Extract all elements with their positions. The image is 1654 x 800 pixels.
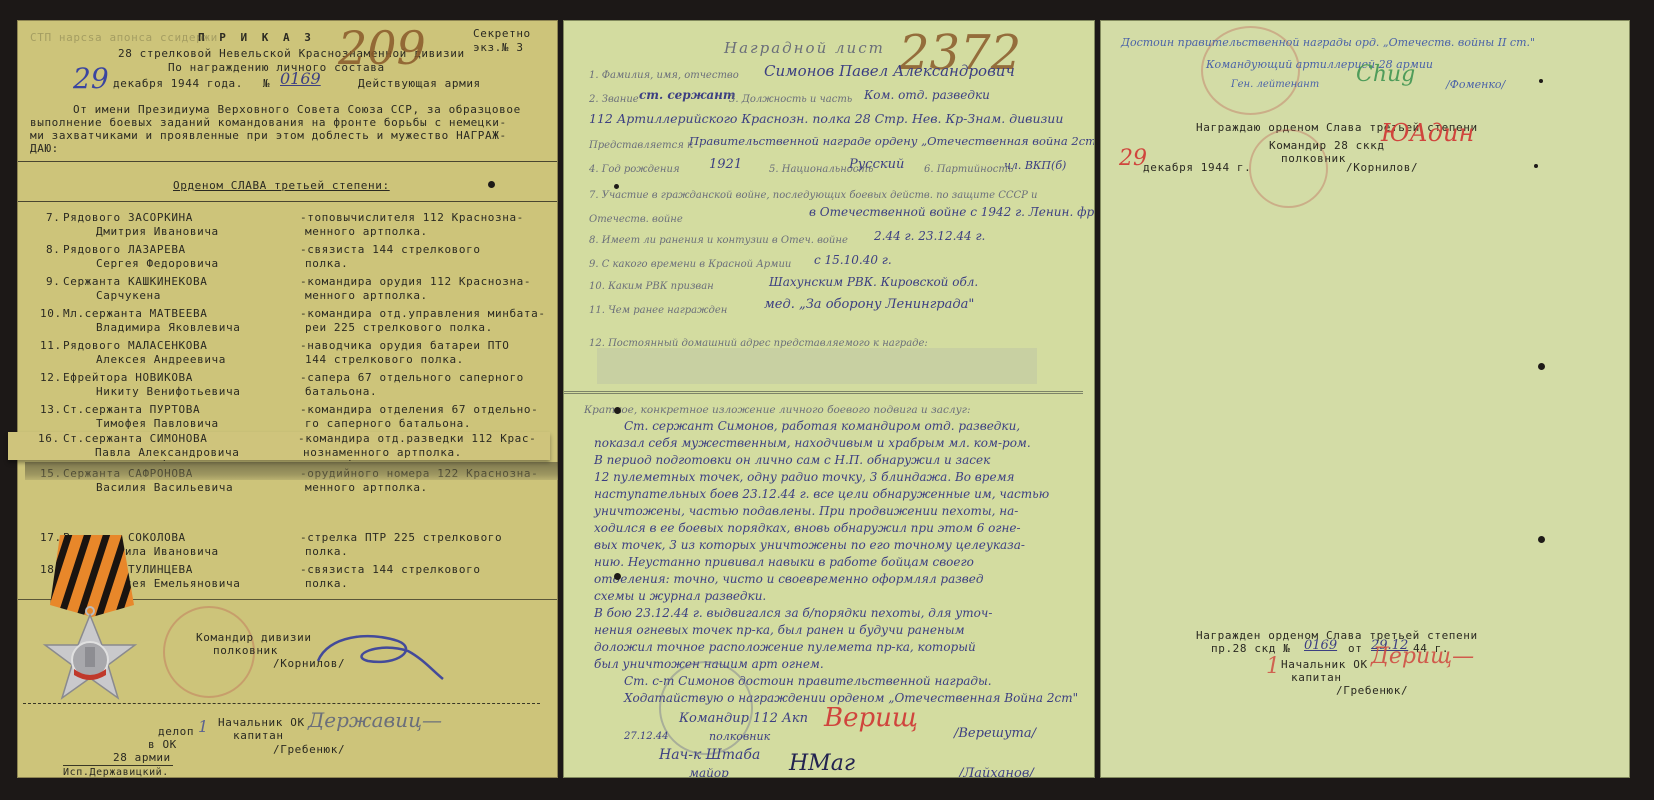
commander-title: Командир дивизии: [196, 631, 312, 645]
order-date: декабря 1944 года.: [113, 77, 243, 91]
field-label: 4. Год рождения: [589, 162, 680, 177]
field-value-party: чл. ВКП(б): [1004, 158, 1066, 173]
award-heading: Орденом СЛАВА третьей степени:: [173, 179, 390, 193]
red-signature: Дерищ—: [1371, 649, 1474, 664]
left-fragment: делоп: [158, 725, 194, 739]
green-signature: Сhug: [1356, 67, 1415, 82]
field-label: Представляется к: [589, 138, 693, 153]
chief-name: /Лайханов/: [959, 766, 1034, 778]
commander-title: Командир 28 сккд: [1269, 139, 1385, 153]
red-signature: Верищ: [824, 711, 918, 726]
feat-heading: Краткое, конкретное изложение личного бо…: [584, 403, 971, 418]
oc-chief-rank: капитан: [1291, 671, 1342, 685]
field-value-nationality: Русский: [849, 157, 904, 172]
chief-rank: майор: [689, 766, 729, 778]
sheet-date: 27.12.44: [624, 729, 669, 744]
punch-hole: [1538, 536, 1545, 543]
field-label: 10. Каким РВК призван: [589, 279, 714, 294]
punch-hole: [1538, 363, 1545, 370]
army-label: Действующая армия: [358, 77, 481, 91]
resolution-name: /Фоменко/: [1446, 77, 1505, 92]
commander-name: /Верешута/: [954, 726, 1036, 741]
pencil-number: 2372: [899, 46, 1021, 61]
left-fragment: в ОК: [148, 738, 177, 752]
field-label: 9. С какого времени в Красной Армии: [589, 257, 791, 272]
shadow-band: [25, 462, 558, 480]
field-value-birth-year: 1921: [709, 157, 742, 172]
order-ref-from: от: [1348, 642, 1362, 656]
award-sheet-document: Наградной лист 2372 1. Фамилия, имя, отч…: [563, 20, 1095, 778]
resolution-document: Достоин правительственной награды орд. „…: [1100, 20, 1630, 778]
field-label: 2. Звание: [589, 92, 639, 107]
field-value-position: Ком. отд. разведки: [864, 88, 990, 103]
oc-chief-rank: капитан: [233, 729, 284, 743]
ink-dot: [1534, 164, 1538, 168]
preamble-line: ДАЮ:: [30, 142, 59, 156]
field-label: 8. Имеет ли ранения и контузии в Отеч. в…: [589, 233, 848, 248]
ink-dot: [614, 184, 619, 189]
oc-chief-title: Начальник ОК: [1281, 658, 1368, 672]
bleed-through-text: СТП нарсsa апонса ссидержи: [30, 31, 218, 45]
preamble-line: ми захватчиками и проявленные при этом д…: [30, 129, 507, 143]
field-label: 3. Должность и часть: [729, 92, 852, 107]
commander-rank: полковник: [709, 729, 770, 744]
commander-signature: [308, 631, 448, 691]
chief-signature: НМаг: [789, 756, 855, 771]
pencil-number: 209: [338, 41, 426, 56]
handwritten-mark: 1: [198, 719, 208, 734]
commander-name: /Корнилов/: [1346, 161, 1418, 175]
resolution-handwritten: Достоин правительственной награды орд. „…: [1121, 35, 1535, 50]
field-value-unit: 112 Артиллерийского Краснозн. полка 28 С…: [589, 111, 1063, 126]
resolution-date: декабря 1944 г.: [1143, 161, 1251, 175]
redacted-address: [597, 348, 1037, 384]
highlighted-recipient-strip: 16. Ст.сержанта СИМОНОВА Павла Александр…: [8, 432, 550, 460]
sheet-title: Наградной лист: [724, 41, 885, 56]
order-ref-number: 0169: [1304, 638, 1337, 653]
oc-chief-name: /Гребенюк/: [273, 743, 345, 757]
field-value-wounds: 2.44 г. 23.12.44 г.: [874, 229, 985, 244]
red-signature: ЮАдин: [1381, 126, 1474, 141]
field-label: 6. Партийность: [924, 162, 1013, 177]
punch-hole: [614, 573, 621, 580]
chief-title: Нач-к Штаба: [659, 748, 760, 763]
commander-rank: полковник: [213, 644, 278, 658]
copy-number: экз.№ 3: [473, 41, 524, 55]
order-of-glory-medal: [40, 605, 140, 705]
field-value-prior-awards: мед. „За оборону Ленинграда": [764, 297, 974, 312]
handwritten-mark: 1: [1266, 659, 1280, 674]
field-label: 11. Чем ранее награжден: [589, 303, 727, 318]
fold-line: [18, 201, 557, 202]
section-divider: [564, 391, 1083, 394]
field-value-award: Правительственной награде ордену „Отечес…: [689, 134, 1095, 149]
preamble-line: выполнение боевых заданий командования н…: [30, 116, 507, 130]
field-value-service: в Отечественной войне с 1942 г. Ленин. ф…: [809, 205, 1095, 220]
number-label: №: [263, 77, 270, 91]
oc-chief-signature: Державиц—: [308, 713, 442, 728]
commander-title: Командир 112 Акп: [679, 711, 808, 726]
date-day-handwritten: 29: [73, 71, 109, 86]
oc-chief-name: /Гребенюк/: [1336, 684, 1408, 698]
preamble-line: От имени Президиума Верховного Совета Со…: [73, 103, 521, 117]
field-label: 1. Фамилия, имя, отчество: [589, 68, 739, 83]
executor-name: Исп.Державицкий.: [63, 766, 169, 778]
commander-rank: полковник: [1281, 152, 1346, 166]
field-value-conscription: Шахунским РВК. Кировской обл.: [769, 275, 978, 290]
punch-hole: [488, 181, 495, 188]
secret-label: Секретно: [473, 27, 531, 41]
ink-dot: [1539, 79, 1543, 83]
fold-line: [18, 161, 557, 162]
order-number: 0169: [280, 71, 321, 86]
resolution-handwritten: Ген. лейтенант: [1231, 77, 1319, 92]
left-fragment: 28 армии: [113, 751, 171, 765]
field-value-army-since: с 15.10.40 г.: [814, 253, 892, 268]
field-value-name: Симонов Павел Александрович: [764, 64, 1015, 79]
punch-hole: [614, 407, 621, 414]
oc-chief-title: Начальник ОК: [218, 716, 305, 730]
order-title: П Р И К А З: [198, 31, 315, 45]
field-value-rank: ст. сержант: [639, 88, 736, 103]
